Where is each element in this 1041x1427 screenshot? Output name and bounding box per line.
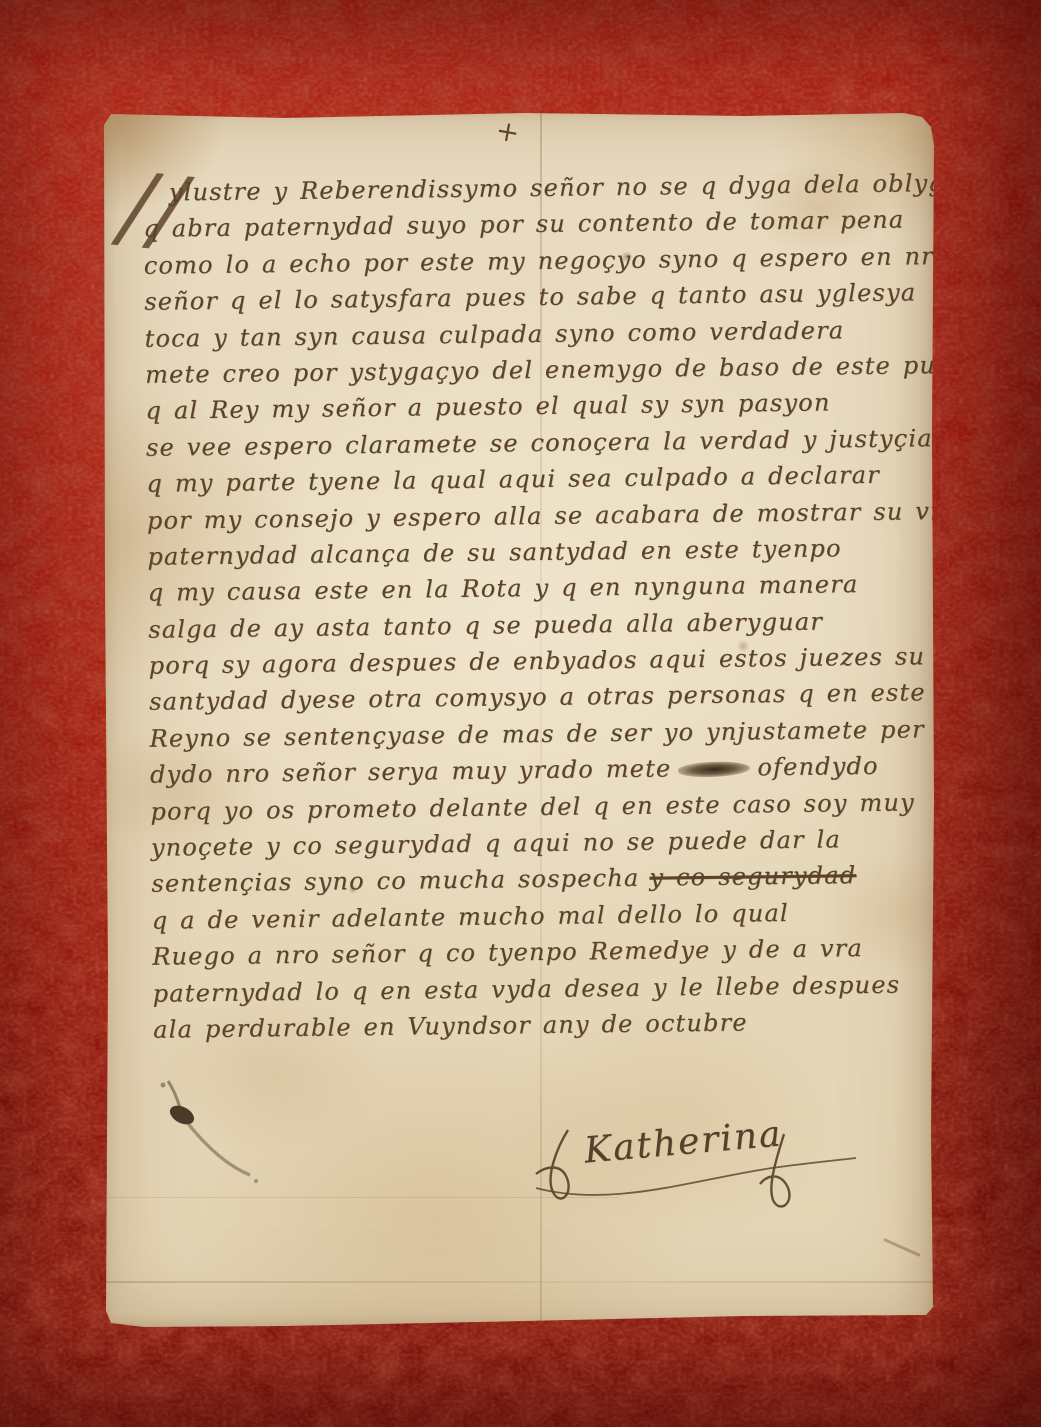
letter-paper: + // ylustre y Reberendissymo señor no s… [104, 111, 934, 1327]
signature-katherina: Katherina [522, 1096, 862, 1226]
manuscript-photo: + // ylustre y Reberendissymo señor no s… [0, 0, 1041, 1427]
struck-text: y co segurydad [649, 862, 856, 893]
pen-mark [883, 1238, 921, 1257]
horizontal-fold-line [104, 1281, 934, 1283]
ink-blot [678, 760, 751, 778]
letter-body: ylustre y Reberendissymo señor no se q d… [143, 166, 934, 1049]
ink-smudge [138, 1063, 318, 1213]
invocation-cross: + [493, 113, 522, 150]
